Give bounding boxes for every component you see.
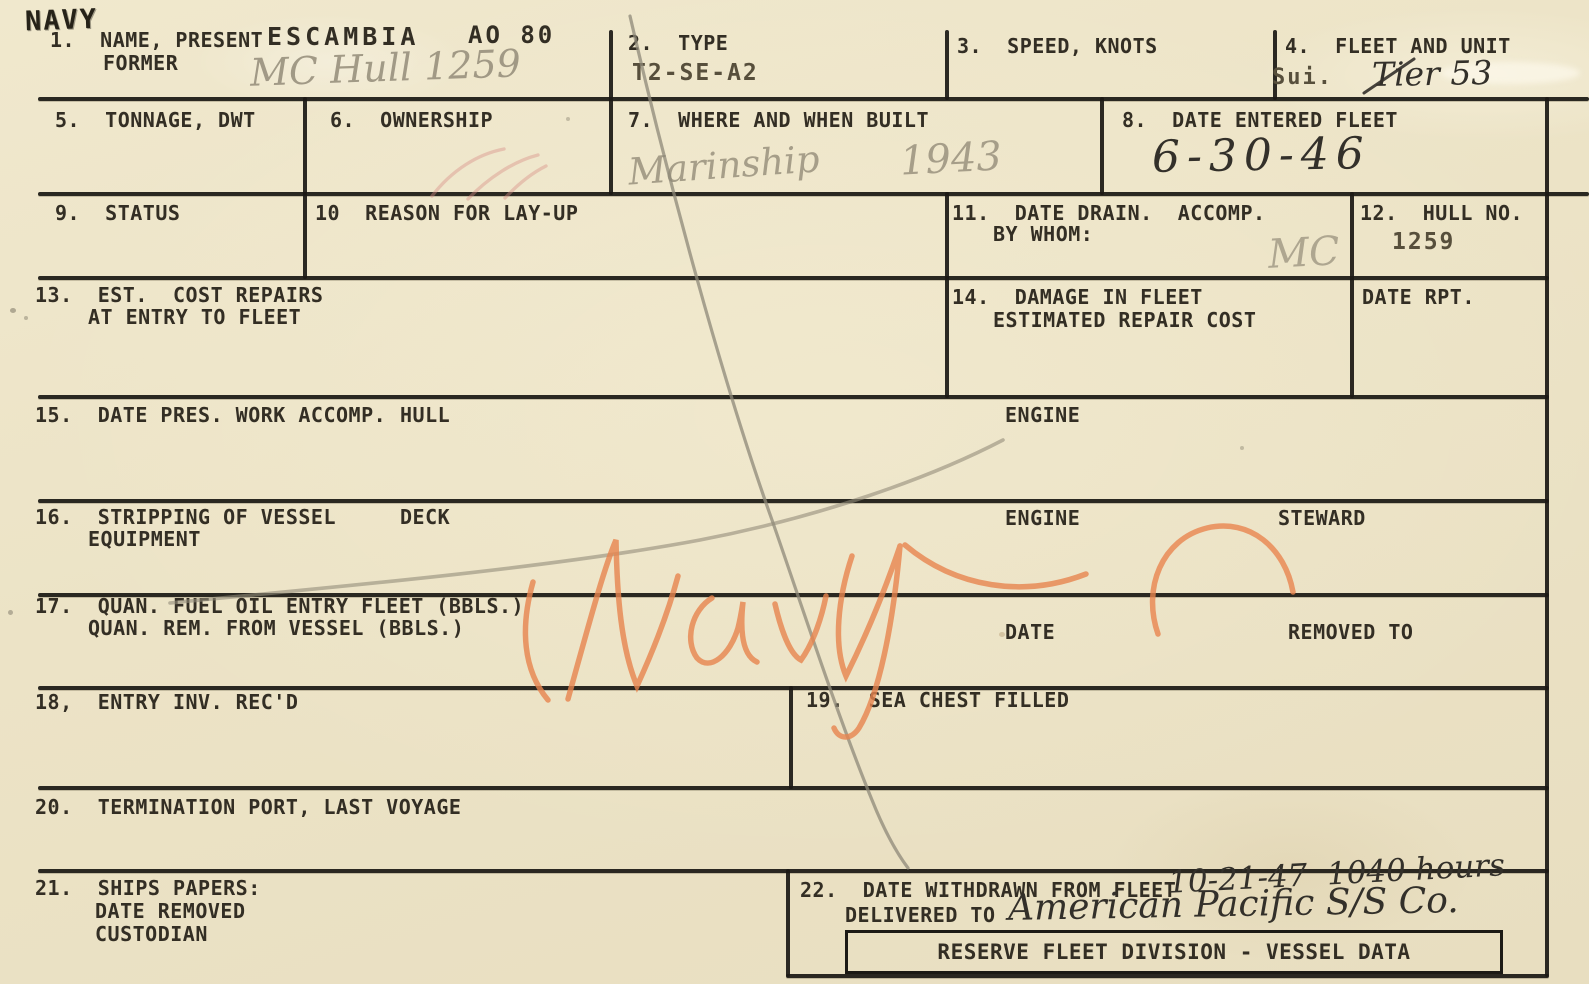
divider-type (609, 30, 613, 100)
built-place-pencil: Marinship (627, 137, 821, 193)
field-21-label2: DATE REMOVED (95, 901, 246, 922)
field-16-label2: EQUIPMENT (88, 529, 201, 550)
field-9-label: 9. STATUS (55, 203, 180, 224)
paper-speck (10, 308, 16, 313)
divider-date-drain (945, 192, 949, 279)
date-rpt-label: DATE RPT. (1362, 287, 1475, 308)
vessel-data-card: NAVY 1. NAME, PRESENT FORMER ESCAMBIA AO… (0, 0, 1589, 984)
rule-under-row4 (38, 395, 1549, 399)
field-14-label2: ESTIMATED REPAIR COST (993, 310, 1256, 331)
divider-damage (945, 276, 949, 398)
paper-speck (566, 117, 570, 121)
field-16-label: 16. STRIPPING OF VESSEL (35, 507, 336, 528)
rule-under-row5 (38, 499, 1549, 503)
field-15-label: 15. DATE PRES. WORK ACCOMP. (35, 405, 386, 426)
paper-speck (1240, 446, 1244, 450)
field-17-removed-to-label: REMOVED TO (1288, 622, 1413, 643)
rule-under-row3 (38, 276, 1549, 280)
divider-sea-chest (789, 686, 793, 789)
field-14-label: 14. DAMAGE IN FLEET (952, 287, 1203, 308)
field-16-engine-label: ENGINE (1005, 508, 1080, 529)
field-6-label: 6. OWNERSHIP (330, 110, 493, 131)
field-1-label: 1. NAME, PRESENT (50, 30, 263, 51)
paper-speck (24, 316, 28, 320)
field-10-label: 10 REASON FOR LAY-UP (315, 203, 578, 224)
field-7-label: 7. WHERE AND WHEN BUILT (628, 110, 929, 131)
field-4-value-typed: Sui. (1272, 65, 1333, 90)
field-15-hull-label: HULL (400, 405, 450, 426)
field-17-label: 17. QUAN. FUEL OIL ENTRY FLEET (BBLS.) (35, 596, 524, 617)
rule-under-row1 (38, 97, 1589, 101)
divider-hull-no (1350, 192, 1354, 279)
drain-by-whom-pencil: MC (1267, 228, 1341, 278)
built-year-pencil: 1943 (899, 133, 1003, 184)
field-21-label: 21. SHIPS PAPERS: (35, 878, 261, 899)
former-name-pencil: MC Hull 1259 (249, 41, 521, 94)
rule-card-bottom (786, 974, 1549, 978)
date-entered-fleet-handwritten: 6-30-46 (1152, 128, 1372, 183)
divider-withdrawn (786, 869, 790, 977)
footer-title-box: RESERVE FLEET DIVISION - VESSEL DATA (845, 930, 1503, 974)
field-19-label: 19. SEA CHEST FILLED (806, 690, 1069, 711)
field-2-label: 2. TYPE (628, 33, 728, 54)
field-3-label: 3. SPEED, KNOTS (957, 36, 1158, 57)
field-16-deck-label: DECK (400, 507, 450, 528)
field-22-delivered-label: DELIVERED TO (845, 905, 996, 926)
field-17-date-label: DATE (1005, 622, 1055, 643)
hull-no-value: 1259 (1392, 229, 1455, 255)
field-2-value: T2-SE-A2 (632, 60, 759, 86)
divider-date-rpt (1350, 276, 1354, 398)
field-5-label: 5. TONNAGE, DWT (55, 110, 256, 131)
divider-ownership (303, 97, 307, 195)
rule-under-row2 (38, 192, 1589, 196)
field-1-former-label: FORMER (103, 53, 178, 74)
field-12-label: 12. HULL NO. (1360, 203, 1523, 224)
card-right-border (1545, 97, 1549, 977)
divider-where-built (609, 97, 613, 195)
paper-speck (999, 632, 1005, 637)
divider-reason-layup (303, 192, 307, 279)
field-21-label3: CUSTODIAN (95, 924, 208, 945)
field-16-steward-label: STEWARD (1278, 508, 1366, 529)
field-20-label: 20. TERMINATION PORT, LAST VOYAGE (35, 797, 461, 818)
paper-speck (8, 610, 13, 615)
field-4-value-handwritten: Tier 53 (1372, 53, 1493, 94)
rule-under-row8 (38, 786, 1549, 790)
footer-title: RESERVE FLEET DIVISION - VESSEL DATA (937, 941, 1410, 963)
divider-date-entered (1100, 97, 1104, 195)
divider-speed (945, 30, 949, 100)
field-11-by-whom-label: BY WHOM: (993, 224, 1093, 245)
field-17-label2: QUAN. REM. FROM VESSEL (BBLS.) (88, 618, 464, 639)
field-18-label: 18, ENTRY INV. REC'D (35, 692, 298, 713)
field-15-engine-label: ENGINE (1005, 405, 1080, 426)
field-11-label: 11. DATE DRAIN. ACCOMP. (952, 203, 1266, 224)
field-13-label: 13. EST. COST REPAIRS (35, 285, 323, 306)
delivered-to-handwritten: American Pacific S/S Co. (1008, 880, 1459, 929)
field-13-label2: AT ENTRY TO FLEET (88, 307, 301, 328)
